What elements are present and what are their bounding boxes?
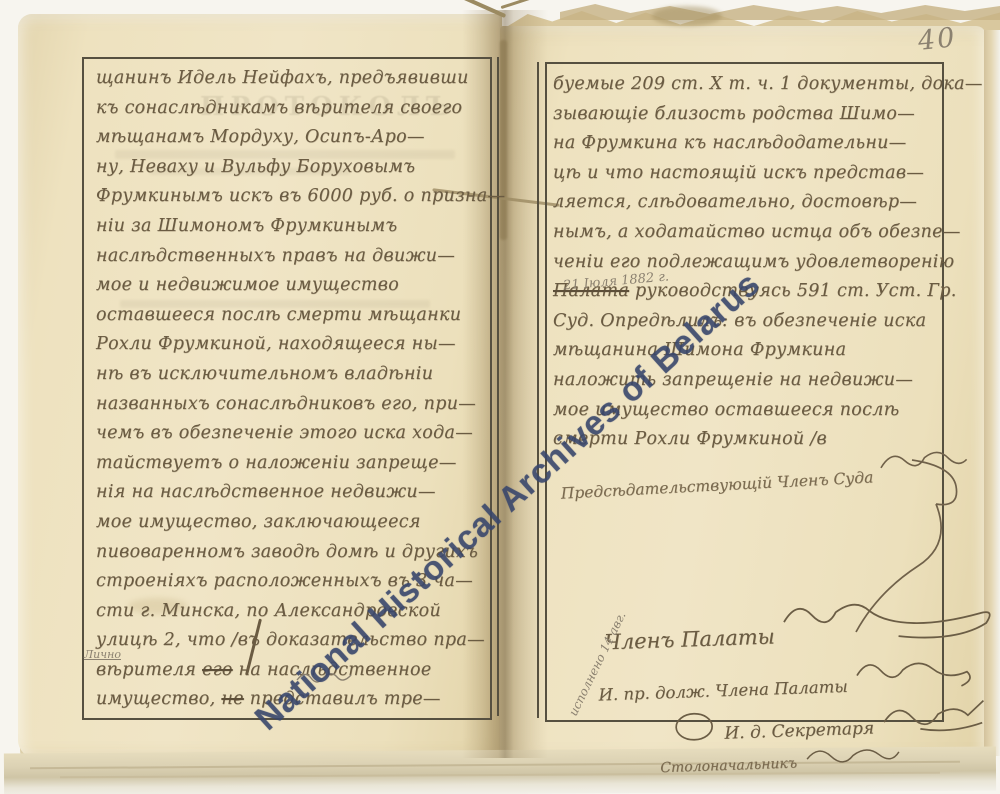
text-line: Фрумкинымъ искъ въ 6000 руб. о призна— <box>96 182 488 212</box>
scanned-document-spread: ПРОТОКОЛЪ щанинъ Идель Нейфахъ, предъяви… <box>0 0 1000 794</box>
text-line: цѣ и что настоящій искъ представ— <box>553 159 945 189</box>
text-line: мѣщанина Шимона Фрумкина <box>553 336 945 366</box>
text-line: названныхъ сонаслѣдниковъ его, при— <box>96 390 488 420</box>
text-line: наслѣдственныхъ правъ на движи— <box>96 242 488 272</box>
pencil-margin-note: Лично <box>84 648 121 661</box>
text-line: мѣщанамъ Мордуху, Осипъ-Аро— <box>96 123 488 153</box>
text-line: къ сонаслѣдникамъ вѣрителя своего <box>96 94 488 124</box>
signature-flourish-1 <box>779 590 971 649</box>
binding-thread-top2 <box>501 0 540 9</box>
text-line: Рохли Фрумкиной, находящееся ны— <box>96 330 488 360</box>
text-line: чемъ въ обезпеченіе этого иска хода— <box>96 419 488 449</box>
stain <box>652 6 722 26</box>
text-line: оставшееся послѣ смерти мѣщанки <box>96 301 488 331</box>
torn-top-edge-under <box>560 0 1000 20</box>
text-line: зывающіе близость родства Шимо— <box>553 100 945 130</box>
text-line: на Фрумкина къ наслѣдодательни— <box>553 129 945 159</box>
text-line: нѣ въ исключительномъ владѣніи <box>96 360 488 390</box>
text-line: сти г. Минска, по Александровской <box>96 597 488 627</box>
left-page-text: щанинъ Идель Нейфахъ, предъявившикъ сона… <box>96 64 488 715</box>
text-line: Суд. Опредѣлилъ: въ обезпеченіе иска <box>553 307 945 337</box>
text-line: улицѣ 2, что /въ доказательство пра— <box>96 626 488 656</box>
text-line: ляется, слѣдовательно, достовѣр— <box>553 188 945 218</box>
signature-flourish-2 <box>853 649 974 695</box>
page-number: 40 <box>916 22 957 57</box>
text-line: мое имущество, заключающееся <box>96 508 488 538</box>
text-line: щанинъ Идель Нейфахъ, предъявивши <box>96 64 488 94</box>
text-line: нія на наслѣдственное недвижи— <box>96 478 488 508</box>
signature-flourish-4 <box>802 738 903 771</box>
right-page-frame-inner-line <box>537 62 539 718</box>
text-line: буемые 209 ст. Х т. ч. 1 документы, дока… <box>553 70 945 100</box>
signature-initial-flourish <box>671 706 718 746</box>
text-line: мое и недвижимое имущество <box>96 271 488 301</box>
page-stack-right-edge <box>984 30 1000 756</box>
text-line: ніи за Шимономъ Фрумкинымъ <box>96 212 488 242</box>
text-line: тайствуетъ о наложеніи запреще— <box>96 449 488 479</box>
text-line: нымъ, а ходатайство истца объ обезпе— <box>553 218 945 248</box>
signature-flourish-3 <box>879 694 990 738</box>
left-page-frame-inner-line <box>497 57 499 716</box>
binding-crease <box>500 40 507 240</box>
text-line: ну, Неваху и Вульфу Боруховымъ <box>96 153 488 183</box>
